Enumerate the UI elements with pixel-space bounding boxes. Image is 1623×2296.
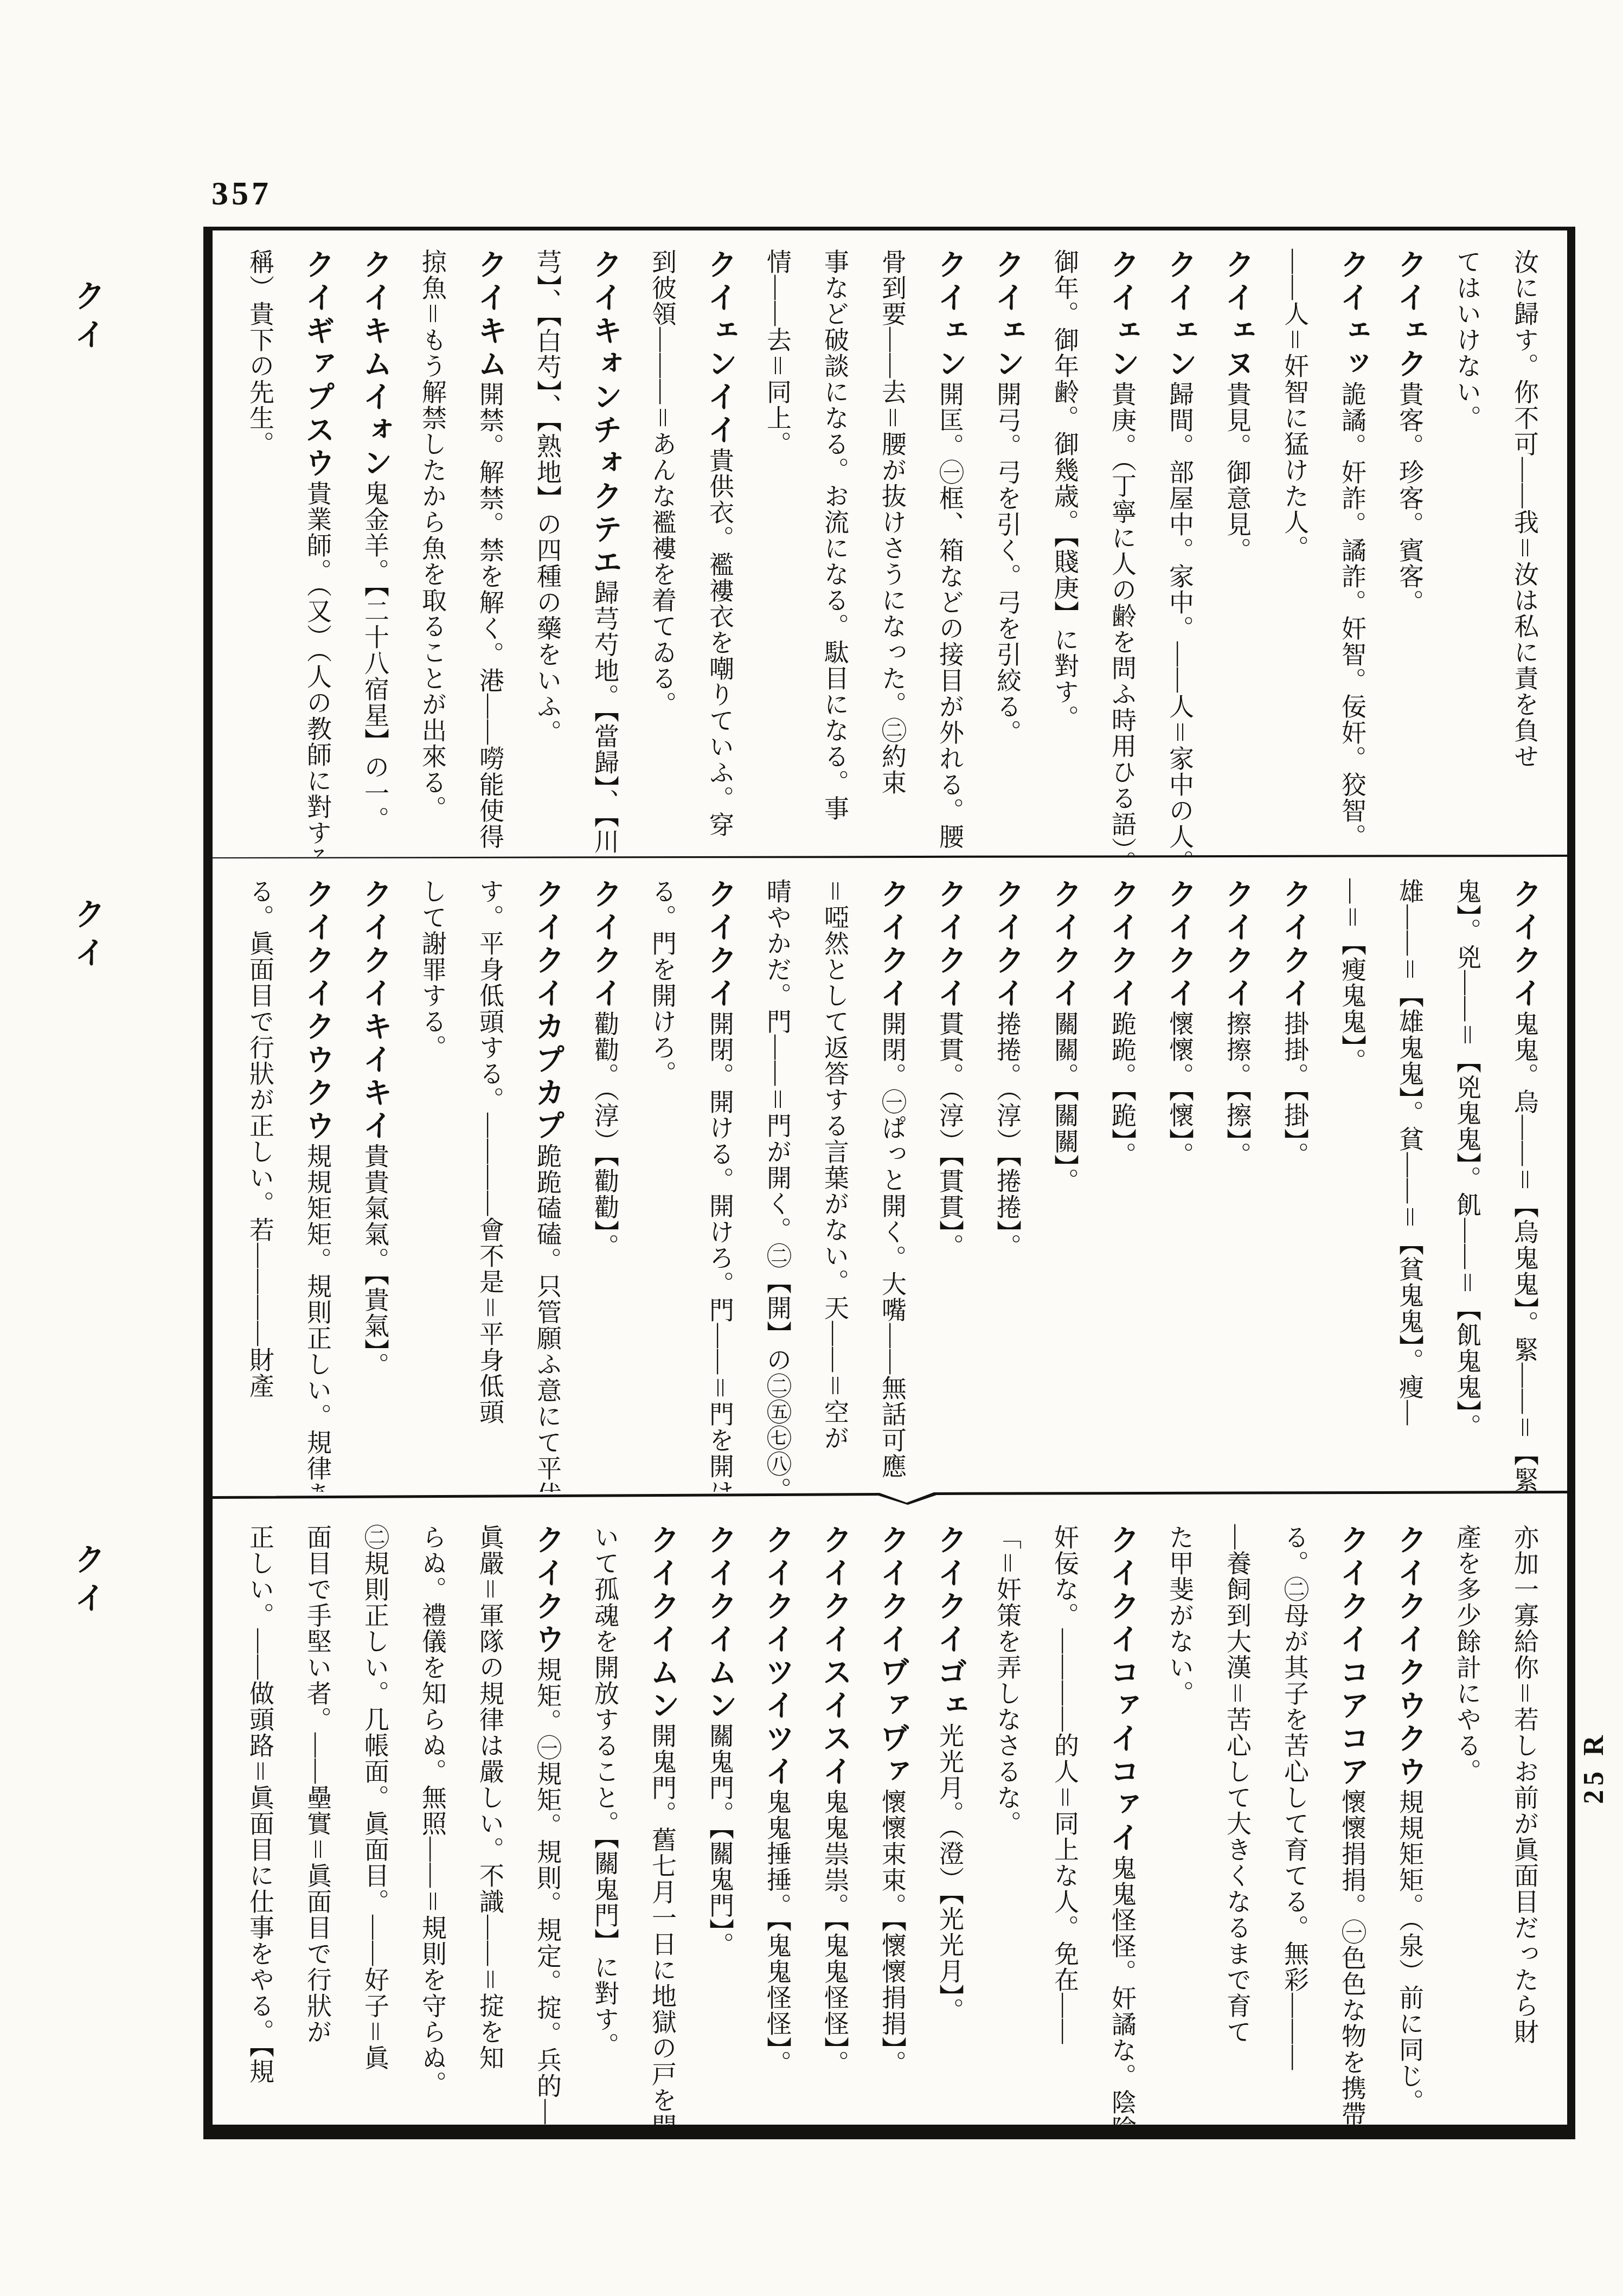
- entry-definition: 掛掛。【掛】。: [1281, 1011, 1308, 1168]
- entry-definition: る。㊁母が其子を苦心して育てる。無彩———: [1281, 1524, 1308, 2071]
- dictionary-column: る。㊁母が其子を苦心して育てる。無彩———: [1266, 1524, 1323, 2119]
- entry-definition: 貴庚。（丁寧に人の齢を問ふ時用ひる語）。: [1108, 381, 1136, 857]
- dictionary-column: 御年。御年齢。御幾歳。【賤庚】に對す。: [1036, 249, 1093, 851]
- dictionary-column: 稱）貴下の先生。: [231, 249, 288, 851]
- entry-headword: クイクイムン: [646, 1524, 679, 1723]
- entry-definition: 鬼金羊。【二十八宿星】の一。: [361, 480, 389, 832]
- dictionary-column: ㊁規則正しい。几帳面。眞面目。——好子＝眞: [346, 1524, 403, 2119]
- dictionary-column: クイクイ跪跪。【跪】。: [1093, 878, 1151, 1486]
- dictionary-column: クイクイ開閉。㊀ぱっと開く。大嘴——無話可應: [863, 878, 921, 1486]
- dictionary-column: クイキォンチォクテエ歸芎芍地。【當歸】、【川: [576, 249, 633, 851]
- entry-headword: クイクイ: [703, 878, 736, 1011]
- entry-definition: 晴やかだ。門——＝門が開く。㊁【開】の㊁㊄㊆㊇。: [764, 878, 791, 1492]
- entry-definition: る。眞面目で行狀が正しい。若————財產: [246, 878, 274, 1399]
- entry-definition: 開鬼門。舊七月一日に地獄の戸を開: [649, 1723, 676, 2125]
- dictionary-column: 骨到要——去＝腰が抜けさうになった。㊁約束: [863, 249, 921, 851]
- entry-definition: 光光月。（澄）【光光月】。: [936, 1723, 964, 2024]
- margin-guide-word-bottom: クイ: [64, 1541, 110, 1622]
- entry-headword: クイェッ: [1336, 249, 1369, 381]
- entry-definition: 規規矩矩。（泉）前に同じ。: [1396, 1789, 1423, 2115]
- entry-definition: 開閉。開ける。開けろ。門——＝門を開け: [706, 1011, 734, 1492]
- entry-definition: 貴見。御意見。: [1223, 381, 1251, 563]
- dictionary-column: クイェク貴客。珍客。賓客。: [1381, 249, 1438, 851]
- entry-definition: 鬼鬼怪怪。奸譎な。陰險な。: [1108, 1855, 1136, 2125]
- entry-definition: 鬼】。兇——＝【兇鬼鬼】。飢——＝【飢鬼鬼】。: [1453, 878, 1481, 1440]
- scanned-dictionary-page: { "page": { "number": "357", "margin_gui…: [0, 0, 1623, 2296]
- dictionary-column: 鬼】。兇——＝【兇鬼鬼】。飢——＝【飢鬼鬼】。: [1438, 878, 1496, 1486]
- entry-headword: クイクイツイツイ: [761, 1524, 794, 1789]
- dictionary-column: クイクイスイスイ鬼鬼祟祟。【鬼鬼怪怪】。: [806, 1524, 863, 2119]
- entry-definition: 奸佞な。————的人＝同上な人。免在——: [1051, 1524, 1079, 2045]
- margin-guide-word-top: クイ: [64, 278, 110, 359]
- entry-headword: クイキォンチォクテエ: [588, 249, 621, 580]
- entry-definition: 歸間。部屋中。家中。——人＝家中の人。: [1166, 381, 1194, 857]
- dictionary-column: 掠魚＝もう解禁したから魚を取ることが出來る。: [403, 249, 461, 851]
- entry-headword: クイギァプスウ: [301, 249, 334, 480]
- entry-definition: る。門を開けろ。: [649, 878, 676, 1087]
- entry-headword: クイクイ: [991, 878, 1024, 1011]
- entry-definition: 御年。御年齢。御幾歳。【賤庚】に對す。: [1051, 249, 1079, 731]
- dictionary-column: 情——去＝同上。: [748, 249, 806, 851]
- dictionary-column: クイェンイイ貴供衣。襤褸衣を嘲りていふ。穿: [691, 249, 748, 851]
- dictionary-column: 汝に歸す。你不可——我＝汝は私に責を負せ: [1496, 249, 1553, 851]
- dictionary-column: いて孤魂を開放すること。【關鬼門】に對す。: [576, 1524, 633, 2119]
- entry-definition: 懷懷捐捐。㊀色色な物を携帶す: [1338, 1789, 1366, 2125]
- entry-definition: 跪跪磕磕。只管願ふ意にて平伏: [534, 1143, 561, 1492]
- entry-definition: 詭譎。奸詐。譎詐。奸智。佞奸。狡智。: [1338, 381, 1366, 850]
- entry-headword: クイキムイォン: [358, 249, 392, 480]
- entry-headword: クイクイクウクウ: [301, 878, 334, 1143]
- dictionary-column: クイクイ懷懷。【懷】。: [1151, 878, 1208, 1486]
- entry-definition: して謝罪する。: [419, 878, 446, 1061]
- entry-headword: クイクイゴェ: [933, 1524, 966, 1723]
- entry-definition: 掠魚＝もう解禁したから魚を取ることが出來る。: [419, 249, 446, 822]
- entry-definition: 懷懷。【懷】。: [1166, 1011, 1194, 1168]
- dictionary-column: 到彼領———＝あんな襤褸を着てゐる。: [633, 249, 691, 851]
- entry-definition: 骨到要——去＝腰が抜けさうになった。㊁約束: [878, 249, 906, 796]
- entry-definition: 眞嚴＝軍隊の規律は嚴しい。不識——＝掟を知: [476, 1524, 504, 2071]
- entry-definition: 開禁。解禁。禁を解く。港——嘮能使得: [476, 381, 504, 850]
- dictionary-column: 芎】、【白芍】、【熟地】の四種の藥をいふ。: [518, 249, 576, 851]
- entry-headword: クイェンイイ: [703, 249, 736, 447]
- dictionary-column: クイクイ勸勸。（淳）【勸勸】。: [576, 878, 633, 1486]
- dictionary-column: クイクイ擦擦。【擦】。: [1208, 878, 1266, 1486]
- dictionary-column: 事など破談になる。お流になる。駄目になる。事: [806, 249, 863, 851]
- dictionary-column: —＝【瘦鬼鬼】。: [1323, 878, 1381, 1486]
- dictionary-column: 「＝奸策を弄しなさるな。: [978, 1524, 1036, 2119]
- entry-headword: クイクイ: [1163, 878, 1196, 1011]
- dictionary-column: クイェン貴庚。（丁寧に人の齢を問ふ時用ひる語）。: [1093, 249, 1151, 851]
- entry-definition: 歸芎芍地。【當歸】、【川: [591, 580, 619, 855]
- dictionary-column: クイクイ捲捲。（淳）【捲捲】。: [978, 878, 1036, 1486]
- entry-headword: クイェン: [933, 249, 966, 381]
- dictionary-column: クイクイコアコア懷懷捐捐。㊀色色な物を携帶す: [1323, 1524, 1381, 2119]
- dictionary-column: クイクイクウクウ規規矩矩。規則正しい。規律あ: [288, 878, 346, 1486]
- dictionary-column: クイクイ開閉。開ける。開けろ。門——＝門を開け: [691, 878, 748, 1486]
- entry-headword: クイクイ: [1278, 878, 1311, 1011]
- dictionary-column: る。門を開けろ。: [633, 878, 691, 1486]
- entry-headword: クイクイ: [876, 878, 909, 1011]
- entry-definition: す。平身低頭する。————會不是＝平身低頭: [476, 878, 504, 1425]
- dictionary-band-middle: クイクイ鬼鬼。烏——＝【烏鬼鬼】。緊——＝【緊鬼 鬼】。兇——＝【兇鬼鬼】。飢—…: [213, 860, 1567, 1492]
- entry-definition: 擦擦。【擦】。: [1223, 1011, 1251, 1168]
- entry-headword: クイクイ: [1508, 878, 1541, 1011]
- entry-definition: ＝啞然として返答する言葉がない。天——＝空が: [821, 878, 849, 1451]
- entry-headword: クイクイ: [1221, 878, 1254, 1011]
- dictionary-column: す。平身低頭する。————會不是＝平身低頭: [461, 878, 518, 1486]
- entry-headword: クイクイムン: [703, 1524, 736, 1723]
- dictionary-column: クイクイ貫貫。（淳）【貫貫】。: [921, 878, 978, 1486]
- entry-headword: クイェン: [991, 249, 1024, 381]
- dictionary-column: クイクウ規矩。㊀規矩。規則。規定。掟。兵的——: [518, 1524, 576, 2119]
- dictionary-column: らぬ。禮儀を知らぬ。無照——＝規則を守らぬ。: [403, 1524, 461, 2119]
- entry-definition: 事など破談になる。お流になる。駄目になる。事: [821, 249, 849, 822]
- entry-definition: 亦加一寡給你＝若しお前が眞面目だったら財: [1511, 1524, 1538, 2045]
- dictionary-column: クイェッ詭譎。奸詐。譎詐。奸智。佞奸。狡智。: [1323, 249, 1381, 851]
- dictionary-column: 亦加一寡給你＝若しお前が眞面目だったら財: [1496, 1524, 1553, 2119]
- dictionary-column: 面目で手堅い者。——壘實＝眞面目で行狀が: [288, 1524, 346, 2119]
- edge-signature-mark: 25 R: [1578, 1731, 1610, 1804]
- entry-definition: ——人＝奸智に猛けた人。: [1281, 249, 1308, 561]
- entry-headword: クイキム: [473, 249, 506, 381]
- dictionary-column: クイクイツイツイ鬼鬼捶捶。【鬼鬼怪怪】。: [748, 1524, 806, 2119]
- dictionary-column: クイクイコァイコァイ鬼鬼怪怪。奸譎な。陰險な。: [1093, 1524, 1151, 2119]
- dictionary-band-top: 汝に歸す。你不可——我＝汝は私に責を負せ てはいけない。 クイェク貴客。珍客。賓…: [213, 230, 1567, 857]
- entry-headword: クイクイ: [588, 878, 621, 1011]
- dictionary-column: クイクイクウクウ規規矩矩。（泉）前に同じ。: [1381, 1524, 1438, 2119]
- entry-definition: 勸勸。（淳）【勸勸】。: [591, 1011, 619, 1260]
- entry-definition: いて孤魂を開放すること。【關鬼門】に對す。: [591, 1524, 619, 2058]
- entry-definition: 貴業師。（又）（人の教師に對する敬: [304, 480, 331, 857]
- entry-headword: クイクイコァイコァイ: [1106, 1524, 1139, 1855]
- entry-definition: 規矩。㊀規矩。規則。規定。掟。兵的——: [534, 1657, 561, 2125]
- dictionary-column: た甲斐がない。: [1151, 1524, 1208, 2119]
- entry-definition: 鬼鬼捶捶。【鬼鬼怪怪】。: [764, 1789, 791, 2076]
- entry-headword: クイクイスイスイ: [818, 1524, 851, 1789]
- entry-definition: 跪跪。【跪】。: [1108, 1011, 1136, 1168]
- dictionary-column: クイギァプスウ貴業師。（又）（人の教師に對する敬: [288, 249, 346, 851]
- dictionary-column: 正しい。——做頭路＝眞面目に仕事をやる。【規: [231, 1524, 288, 2119]
- entry-definition: 規規矩矩。規則正しい。規律あ: [304, 1143, 331, 1492]
- dictionary-column: クイクイムン開鬼門。舊七月一日に地獄の戸を開: [633, 1524, 691, 2119]
- entry-definition: 貴供衣。襤褸衣を嘲りていふ。穿: [706, 447, 734, 838]
- entry-definition: た甲斐がない。: [1166, 1524, 1194, 1707]
- entry-headword: クイェン: [1106, 249, 1139, 381]
- dictionary-column: クイクイキイキイ貴貴氣氣。【貴氣】。: [346, 878, 403, 1486]
- dictionary-column: ——人＝奸智に猛けた人。: [1266, 249, 1323, 851]
- entry-headword: クイクイキイキイ: [358, 878, 392, 1143]
- entry-definition: ㊁規則正しい。几帳面。眞面目。——好子＝眞: [361, 1524, 389, 2071]
- entry-headword: クイェヌ: [1221, 249, 1254, 381]
- entry-definition: 正しい。——做頭路＝眞面目に仕事をやる。【規: [246, 1524, 274, 2085]
- dictionary-column: クイクイカプカプ跪跪磕磕。只管願ふ意にて平伏: [518, 878, 576, 1486]
- entry-definition: 芎】、【白芍】、【熟地】の四種の藥をいふ。: [534, 249, 561, 746]
- page-number: 357: [211, 175, 272, 213]
- dictionary-column: クイクイ鬼鬼。烏——＝【烏鬼鬼】。緊——＝【緊鬼: [1496, 878, 1553, 1486]
- entry-headword: クイクイ: [1048, 878, 1081, 1011]
- entry-headword: クイェン: [1163, 249, 1196, 381]
- entry-definition: てはいけない。: [1453, 249, 1481, 431]
- dictionary-column: クイクイゴェ光光月。（澄）【光光月】。: [921, 1524, 978, 2119]
- dictionary-column: クイキムイォン鬼金羊。【二十八宿星】の一。: [346, 249, 403, 851]
- entry-definition: らぬ。禮儀を知らぬ。無照——＝規則を守らぬ。: [419, 1524, 446, 2097]
- entry-definition: 貴客。珍客。賓客。: [1396, 381, 1423, 615]
- entry-headword: クイクイ: [933, 878, 966, 1011]
- entry-definition: 到彼領———＝あんな襤褸を着てゐる。: [649, 249, 676, 717]
- entry-definition: 開閉。㊀ぱっと開く。大嘴——無話可應: [878, 1011, 906, 1479]
- dictionary-column: 眞嚴＝軍隊の規律は嚴しい。不識——＝掟を知: [461, 1524, 518, 2119]
- band-separator-rule-2: [213, 1489, 1567, 1505]
- dictionary-column: クイェン開弓。弓を引く。弓を引絞る。: [978, 249, 1036, 851]
- entry-definition: 「＝奸策を弄しなさるな。: [993, 1524, 1021, 1837]
- entry-definition: 情——去＝同上。: [764, 249, 791, 457]
- entry-definition: 開匡。㊀框、箱などの接目が外れる。腰: [936, 381, 964, 850]
- dictionary-band-bottom: 亦加一寡給你＝若しお前が眞面目だったら財 產を多少餘計にやる。 クイクイクウクウ…: [213, 1506, 1567, 2125]
- dictionary-column: 晴やかだ。門——＝門が開く。㊁【開】の㊁㊄㊆㊇。: [748, 878, 806, 1486]
- dictionary-column: クイクイムン關鬼門。【關鬼門】。: [691, 1524, 748, 2119]
- entry-definition: 面目で手堅い者。——壘實＝眞面目で行狀が: [304, 1524, 331, 2045]
- dictionary-column: ＝啞然として返答する言葉がない。天——＝空が: [806, 878, 863, 1486]
- margin-guide-word-middle: クイ: [64, 896, 110, 977]
- entry-definition: 關鬼門。【關鬼門】。: [706, 1723, 734, 1958]
- entry-definition: 懷懷束束。【懷懷捐捐】。: [878, 1789, 906, 2076]
- content-frame: 汝に歸す。你不可——我＝汝は私に責を負せ てはいけない。 クイェク貴客。珍客。賓…: [203, 227, 1575, 2139]
- entry-headword: クイクイカプカプ: [531, 878, 564, 1143]
- dictionary-column: 雄——＝【雄鬼鬼】。貧——＝【貧鬼鬼】。瘦—: [1381, 878, 1438, 1486]
- entry-headword: クイクイクウクウ: [1393, 1524, 1426, 1789]
- entry-definition: 雄——＝【雄鬼鬼】。貧——＝【貧鬼鬼】。瘦—: [1396, 878, 1423, 1426]
- entry-headword: クイクイコアコア: [1336, 1524, 1369, 1789]
- entry-definition: 貫貫。（淳）【貫貫】。: [936, 1011, 964, 1260]
- dictionary-column: クイクイ關關。【關關】。: [1036, 878, 1093, 1486]
- dictionary-column: クイキム開禁。解禁。禁を解く。港——嘮能使得: [461, 249, 518, 851]
- dictionary-column: クイェン歸間。部屋中。家中。——人＝家中の人。: [1151, 249, 1208, 851]
- entry-definition: —＝【瘦鬼鬼】。: [1338, 878, 1366, 1074]
- entry-definition: 貴貴氣氣。【貴氣】。: [361, 1143, 389, 1378]
- entry-headword: クイクウ: [531, 1524, 564, 1657]
- entry-definition: 捲捲。（淳）【捲捲】。: [993, 1011, 1021, 1260]
- entry-definition: 產を多少餘計にやる。: [1453, 1524, 1481, 1785]
- entry-headword: クイェク: [1393, 249, 1426, 381]
- dictionary-column: クイェン開匡。㊀框、箱などの接目が外れる。腰: [921, 249, 978, 851]
- dictionary-column: る。眞面目で行狀が正しい。若————財產: [231, 878, 288, 1486]
- entry-definition: 鬼鬼祟祟。【鬼鬼怪怪】。: [821, 1789, 849, 2076]
- entry-definition: 開弓。弓を引く。弓を引絞る。: [993, 381, 1021, 746]
- band-separator-rule-1: [213, 854, 1567, 858]
- entry-definition: 汝に歸す。你不可——我＝汝は私に責を負せ: [1511, 249, 1538, 769]
- dictionary-column: クイェヌ貴見。御意見。: [1208, 249, 1266, 851]
- dictionary-column: クイクイヷァヷァ懷懷束束。【懷懷捐捐】。: [863, 1524, 921, 2119]
- dictionary-column: クイクイ掛掛。【掛】。: [1266, 878, 1323, 1486]
- entry-headword: クイクイ: [1106, 878, 1139, 1011]
- entry-definition: 關關。【關關】。: [1051, 1011, 1079, 1194]
- dictionary-column: —養飼到大漢＝苦心して大きくなるまで育て: [1208, 1524, 1266, 2119]
- entry-definition: 稱）貴下の先生。: [246, 249, 274, 457]
- dictionary-column: てはいけない。: [1438, 249, 1496, 851]
- dictionary-column: して謝罪する。: [403, 878, 461, 1486]
- dictionary-column: 產を多少餘計にやる。: [1438, 1524, 1496, 2119]
- entry-headword: クイクイヷァヷァ: [876, 1524, 909, 1789]
- entry-definition: —養飼到大漢＝苦心して大きくなるまで育て: [1223, 1524, 1251, 2045]
- entry-definition: 鬼鬼。烏——＝【烏鬼鬼】。緊——＝【緊鬼: [1511, 1011, 1538, 1492]
- dictionary-column: 奸佞な。————的人＝同上な人。免在——: [1036, 1524, 1093, 2119]
